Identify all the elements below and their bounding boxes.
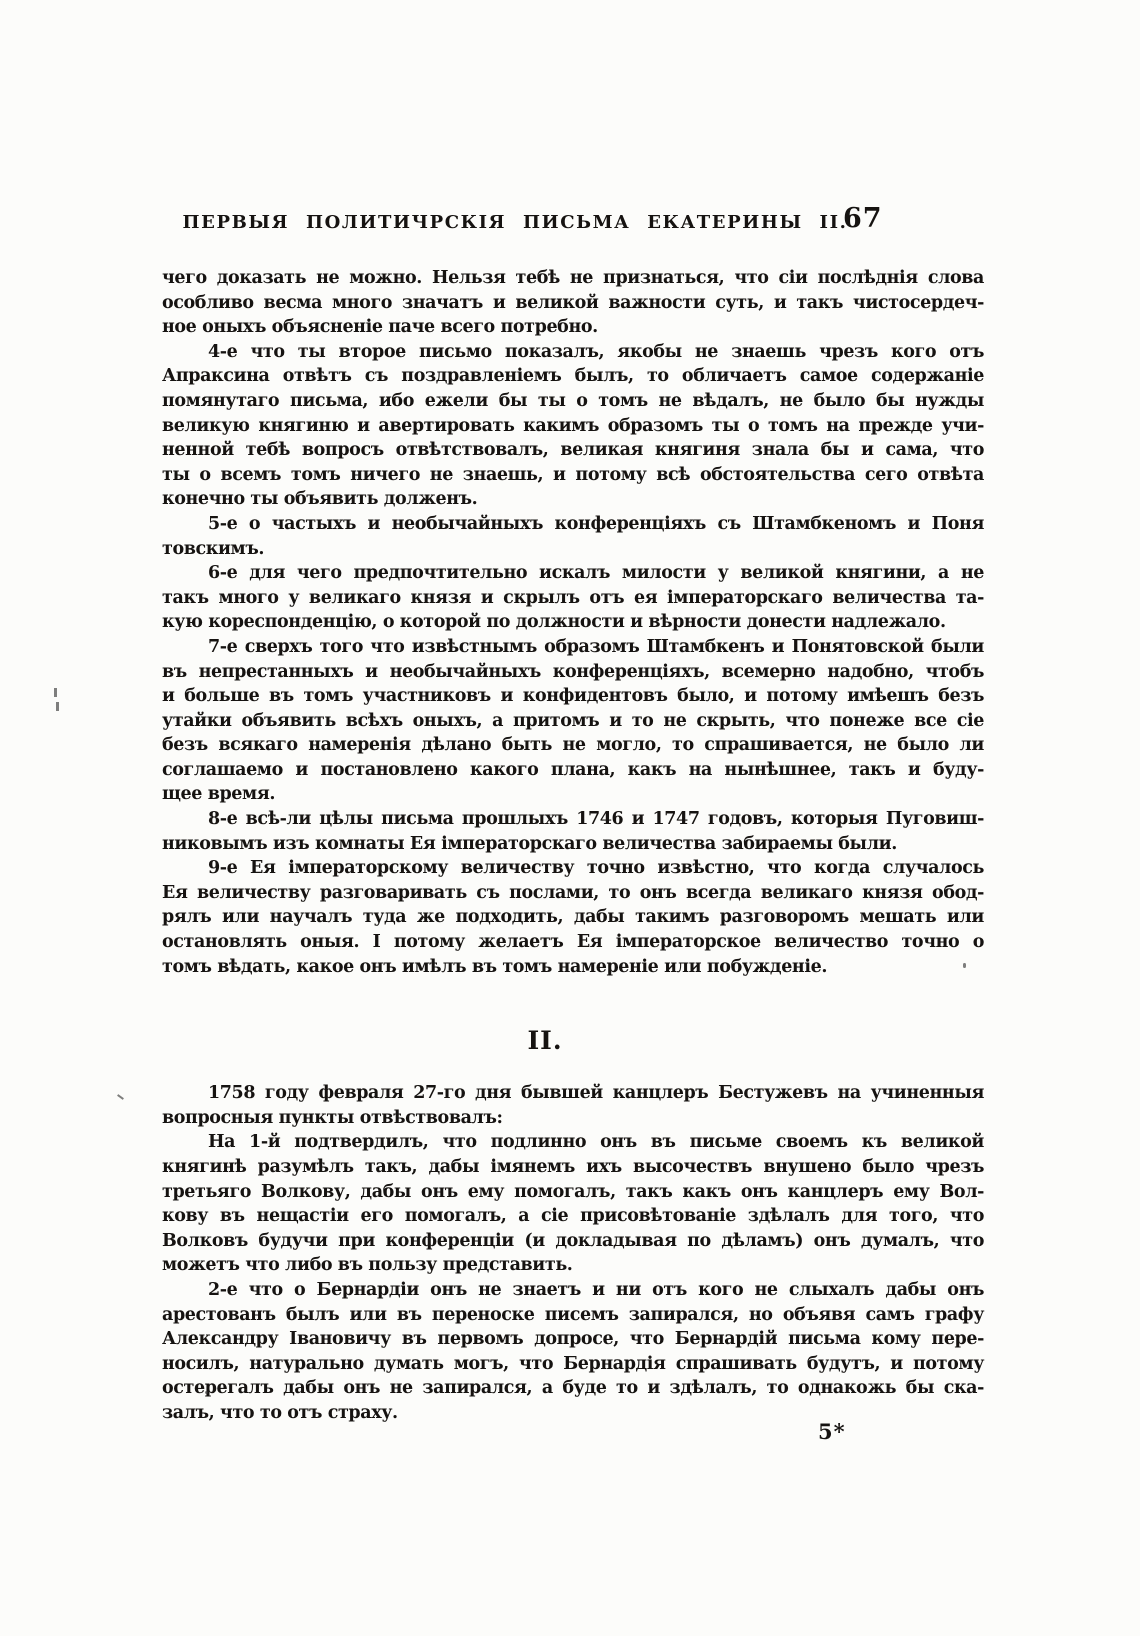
- text-line: конечно ты объявить долженъ.: [162, 487, 984, 512]
- text-line: томъ вѣдать, какое онъ имѣлъ въ томъ нам…: [162, 955, 984, 980]
- scan-artifact: [117, 1094, 124, 1100]
- book-page: ПЕРВЫЯ ПОЛИТИЧРСКІЯ ПИСЬМА ЕКАТЕРИНЫ II.…: [0, 0, 1140, 1636]
- text-line: кую кореспонденцію, о которой по должнос…: [162, 610, 984, 635]
- text-line: ное оныхъ объясненіе паче всего потребно…: [162, 315, 984, 340]
- text-line: Волковъ будучи при конференціи (и доклад…: [162, 1229, 984, 1254]
- text-line: 5-е о частыхъ и необычайныхъ конференція…: [162, 512, 984, 537]
- text-line: остерегалъ дабы онъ не запирался, а буде…: [162, 1376, 984, 1401]
- text-line: носилъ, натурально думать могъ, что Берн…: [162, 1352, 984, 1377]
- scan-artifact: [205, 1391, 208, 1394]
- text-line: помянутаго письма, ибо ежели бы ты о том…: [162, 389, 984, 414]
- text-line: такъ много у великаго князя и скрылъ отъ…: [162, 586, 984, 611]
- text-line: 6-е для чего предпочтительно искалъ мило…: [162, 561, 984, 586]
- paragraph: 8-е всѣ-ли цѣлы письма прошлыхъ 1746 и 1…: [162, 807, 984, 856]
- text-line: великую княгиню и авертировать какимъ об…: [162, 414, 984, 439]
- text-line: особливо весма много значатъ и великой в…: [162, 291, 984, 316]
- text-line: Ея величеству разговаривать съ послами, …: [162, 881, 984, 906]
- text-line: На 1-й подтвердилъ, что подлинно онъ въ …: [162, 1130, 984, 1155]
- text-line: можетъ что либо въ пользу представить.: [162, 1253, 984, 1278]
- text-line: Александру Івановичу въ первомъ допросе,…: [162, 1327, 984, 1352]
- signature-mark: 5*: [818, 1419, 846, 1444]
- text-line: утайки объявить всѣхъ оныхъ, а притомъ и…: [162, 709, 984, 734]
- text-line: 7-е сверхъ того что извѣстнымъ образомъ …: [162, 635, 984, 660]
- scan-artifact: [963, 963, 966, 968]
- text-line: остановлять оныя. І потому желаетъ Ея ім…: [162, 930, 984, 955]
- paragraph: 9-е Ея імператорскому величеству точно и…: [162, 856, 984, 979]
- paragraph: 4-е что ты второе письмо показалъ, якобы…: [162, 340, 984, 512]
- text-line: въ непрестанныхъ и необычайныхъ конферен…: [162, 660, 984, 685]
- text-line: чего доказать не можно. Нельзя тебѣ не п…: [162, 266, 984, 291]
- paragraph: 7-е сверхъ того что извѣстнымъ образомъ …: [162, 635, 984, 807]
- text-line: Апраксина отвѣтъ съ поздравленіемъ былъ,…: [162, 364, 984, 389]
- text-line: ты о всемъ томъ ничего не знаешь, и пото…: [162, 463, 984, 488]
- paragraph: 5-е о частыхъ и необычайныхъ конференція…: [162, 512, 984, 561]
- text-line: княгинѣ разумѣлъ такъ, дабы імянемъ ихъ …: [162, 1155, 984, 1180]
- page-number: 67: [843, 203, 883, 234]
- text-line: щее время.: [162, 782, 984, 807]
- text-line: ненной тебѣ вопросъ отвѣтствовалъ, велик…: [162, 438, 984, 463]
- paragraph: 2-е что о Бернардіи онъ не знаетъ и ни о…: [162, 1278, 984, 1426]
- text-line: соглашаемо и постановлено какого плана, …: [162, 758, 984, 783]
- text-line: никовымъ изъ комнаты Ея імператорскаго в…: [162, 832, 984, 857]
- text-line: рялъ или научалъ туда же подходить, дабы…: [162, 905, 984, 930]
- text-line: 9-е Ея імператорскому величеству точно и…: [162, 856, 984, 881]
- text-line: 8-е всѣ-ли цѣлы письма прошлыхъ 1746 и 1…: [162, 807, 984, 832]
- paragraph: 1758 году февраля 27-го дня бывшей канцл…: [162, 1081, 984, 1130]
- text-line: и больше въ томъ участниковъ и конфидент…: [162, 684, 984, 709]
- text-line: 1758 году февраля 27-го дня бывшей канцл…: [162, 1081, 984, 1106]
- text-line: 2-е что о Бернардіи онъ не знаетъ и ни о…: [162, 1278, 984, 1303]
- text-line: третьяго Волкову, дабы онъ ему помогалъ,…: [162, 1180, 984, 1205]
- text-line: кову въ нещастіи его помогалъ, а сіе при…: [162, 1204, 984, 1229]
- text-line: арестованъ былъ или въ переноске писемъ …: [162, 1303, 984, 1328]
- paragraph: 6-е для чего предпочтительно искалъ мило…: [162, 561, 984, 635]
- scan-artifact: [56, 702, 59, 711]
- text-line: залъ, что то отъ страху.: [162, 1401, 984, 1426]
- paragraph: чего доказать не можно. Нельзя тебѣ не п…: [162, 266, 984, 340]
- paragraph: На 1-й подтвердилъ, что подлинно онъ въ …: [162, 1130, 984, 1278]
- text-line: 4-е что ты второе письмо показалъ, якобы…: [162, 340, 984, 365]
- section-heading: II.: [134, 1025, 956, 1057]
- scan-artifact: [54, 688, 57, 697]
- text-line: товскимъ.: [162, 537, 984, 562]
- text-line: вопросныя пункты отвѣствовалъ:: [162, 1106, 984, 1131]
- text-line: безъ всякаго намеренія дѣлано быть не мо…: [162, 733, 984, 758]
- text-body: чего доказать не можно. Нельзя тебѣ не п…: [162, 266, 984, 1426]
